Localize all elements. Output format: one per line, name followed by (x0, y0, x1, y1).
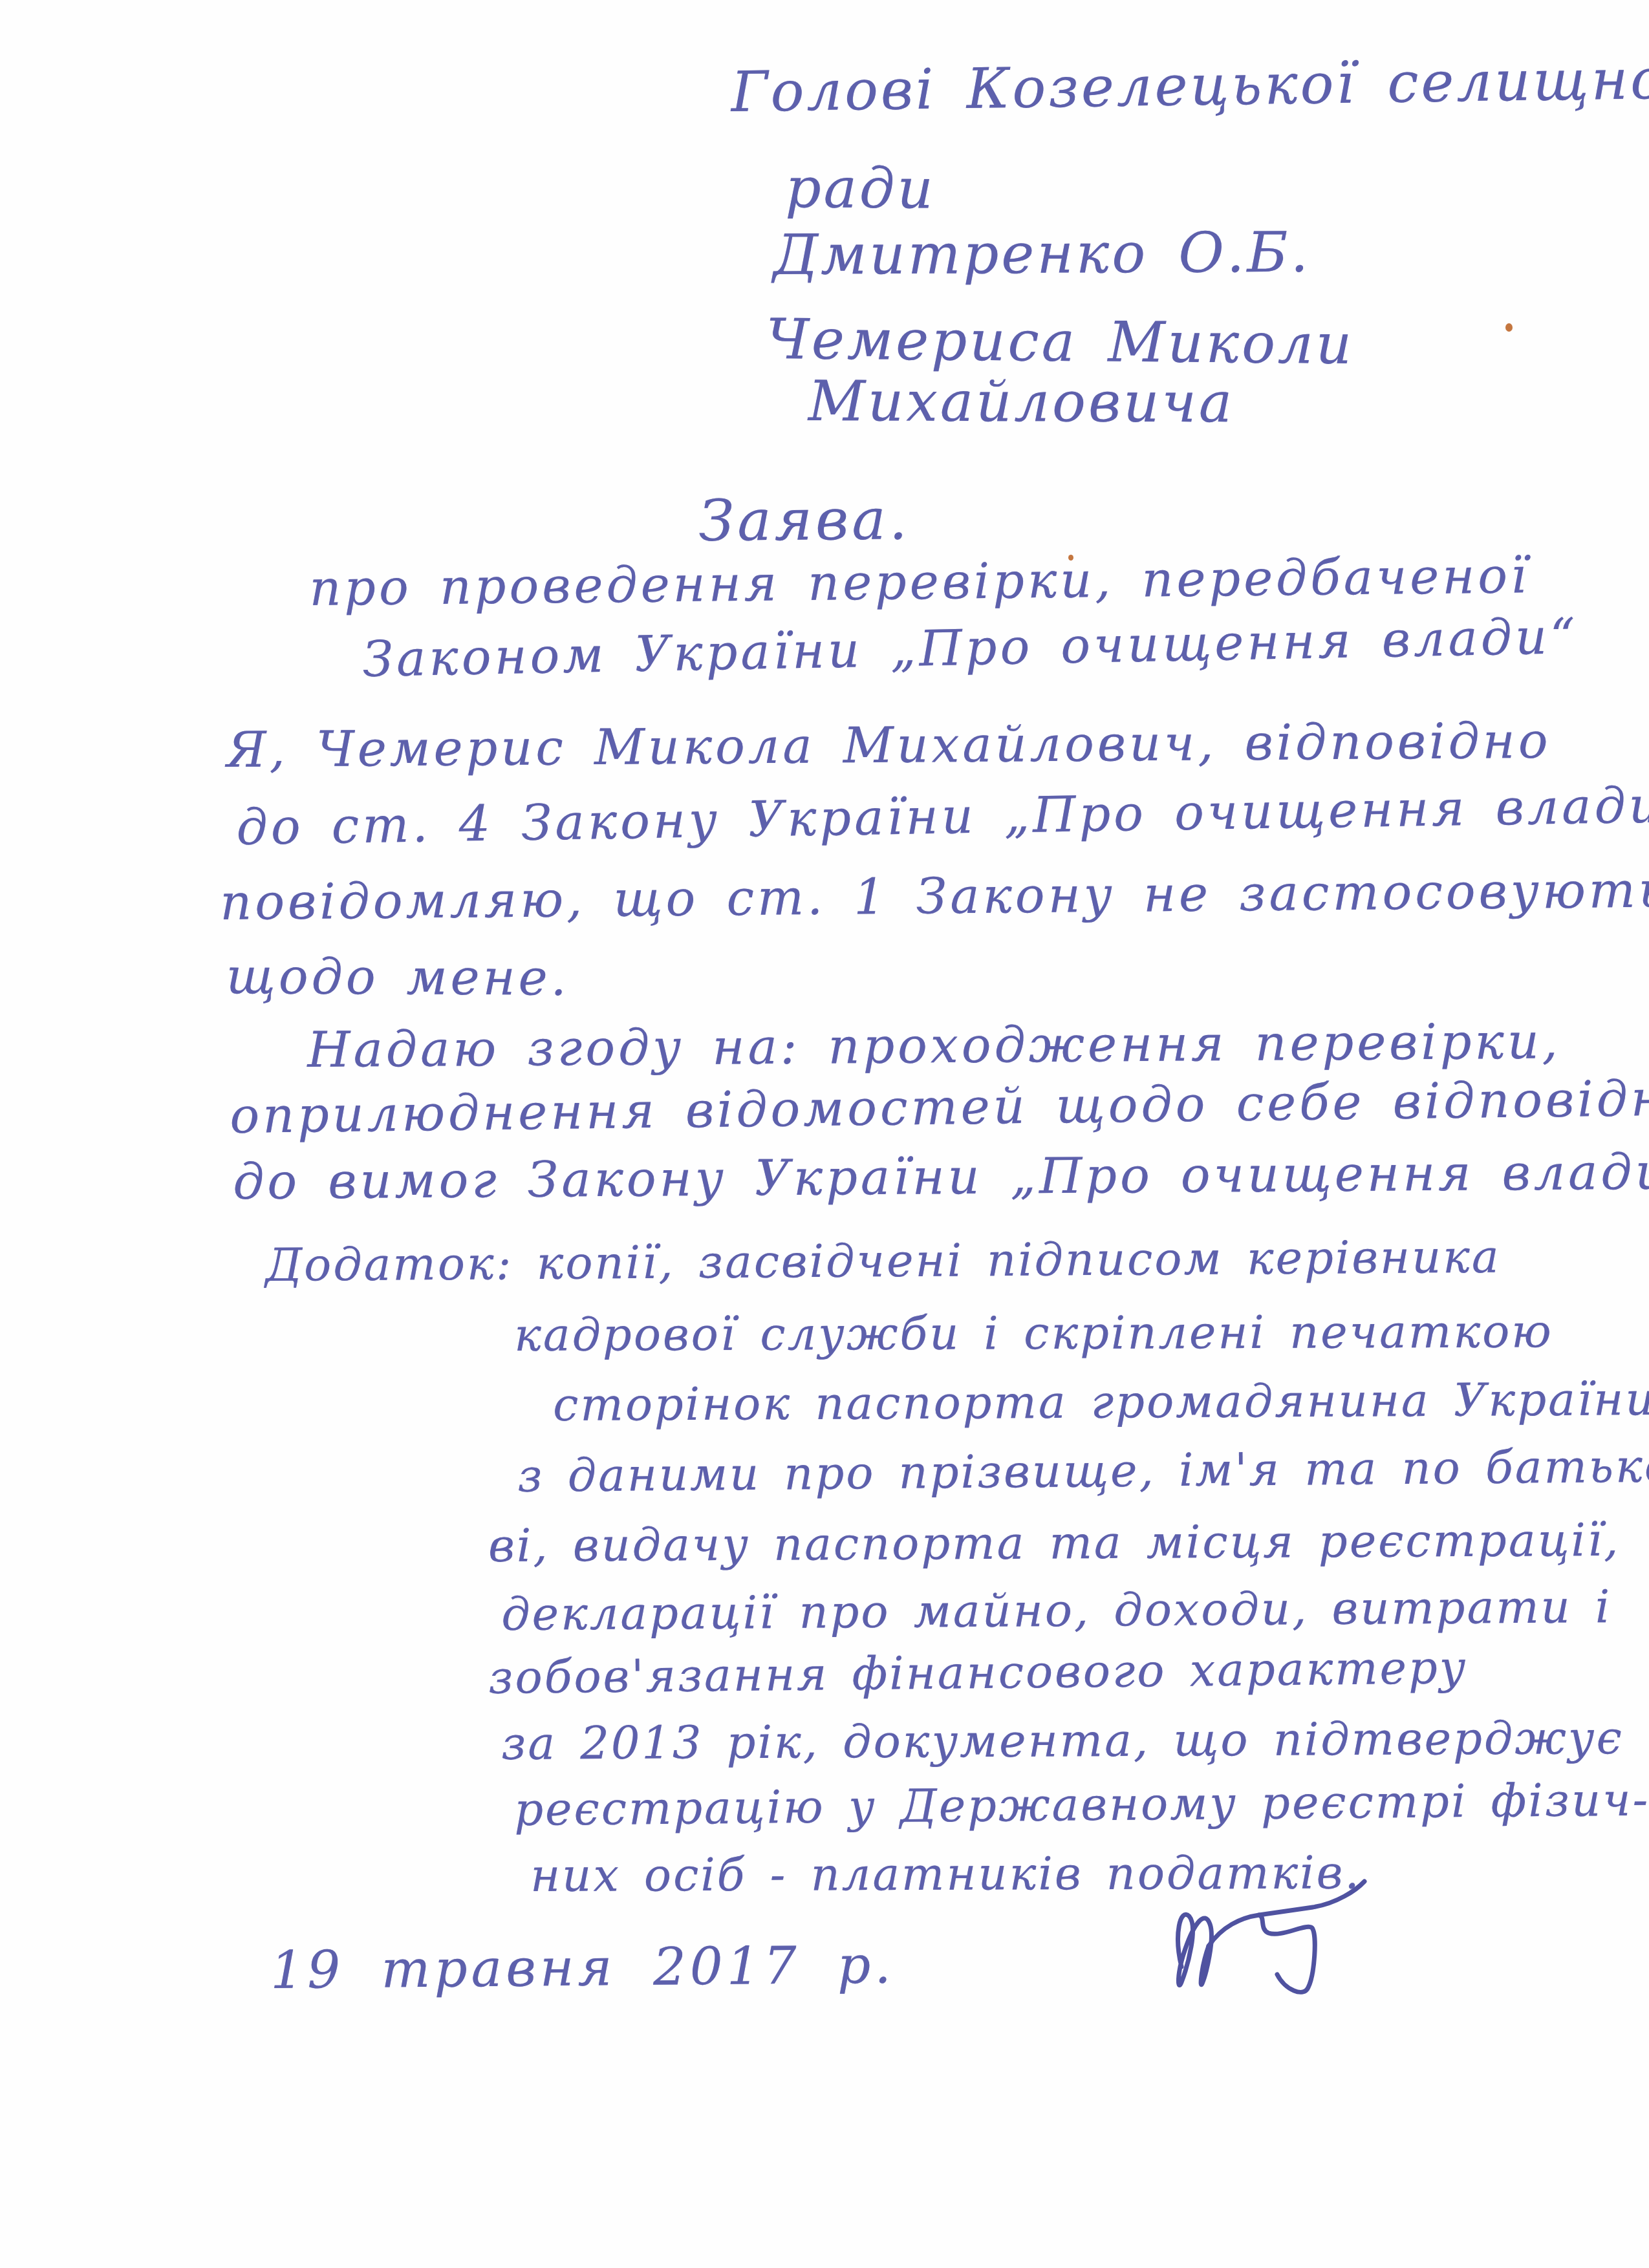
body-line: Я, Чемерис Микола Михайлович, відповідно (226, 716, 1551, 775)
attachment-line: за 2013 рік, документа, що підтверджує (501, 1715, 1624, 1766)
attachment-line: сторінок паспорта громадянина України (553, 1376, 1649, 1428)
applicant-name-line: Михайловича (808, 374, 1235, 431)
body-line: до ст. 4 Закону України „Про очищення вл… (236, 780, 1649, 852)
scan-speck (1505, 323, 1513, 332)
attachment-line: з даними про прізвище, ім'я та по батько… (517, 1443, 1649, 1499)
body-line: щодо мене. (226, 952, 570, 1003)
body-line: до вимог Закону України „Про очищення вл… (233, 1147, 1649, 1206)
body-line: повідомляю, що ст. 1 Закону не застосову… (220, 865, 1649, 927)
attachment-line: декларації про майно, доходи, витрати і (501, 1584, 1612, 1637)
addressee-line: ради (785, 160, 936, 217)
attachment-line: ві, видачу паспорта та місця реєстрації, (488, 1517, 1621, 1568)
scan-speck (1068, 555, 1073, 561)
date-line: 19 травня 2017 р. (270, 1940, 895, 1996)
scanned-document-page: Голові Козелецької селищної ради Дмитрен… (0, 0, 1649, 2268)
attachment-line: реєстрацію у Державному реєстрі фізич- (514, 1777, 1649, 1832)
addressee-line: Голові Козелецької селищної (731, 51, 1649, 120)
addressee-line: Дмитренко О.Б. (773, 225, 1311, 283)
attachment-line: кадрової служби і скріплені печаткою (514, 1309, 1553, 1358)
subtitle-line: про проведення перевірки, передбаченої (309, 551, 1530, 613)
attachment-line: Додаток: копії, засвідчені підписом кері… (265, 1234, 1501, 1288)
subtitle-line: Законом України „Про очищення влади“ (362, 612, 1579, 684)
body-line: Надаю згоду на: проходження перевірки, (307, 1016, 1561, 1075)
applicant-name-line: Чемериса Миколи (766, 312, 1354, 372)
document-title: Заява. (698, 491, 911, 550)
body-line: оприлюднення відомостей щодо себе відпов… (230, 1072, 1649, 1140)
attachment-line: зобов'язання фінансового характеру (488, 1645, 1468, 1700)
handwritten-signature (1161, 1876, 1374, 2006)
